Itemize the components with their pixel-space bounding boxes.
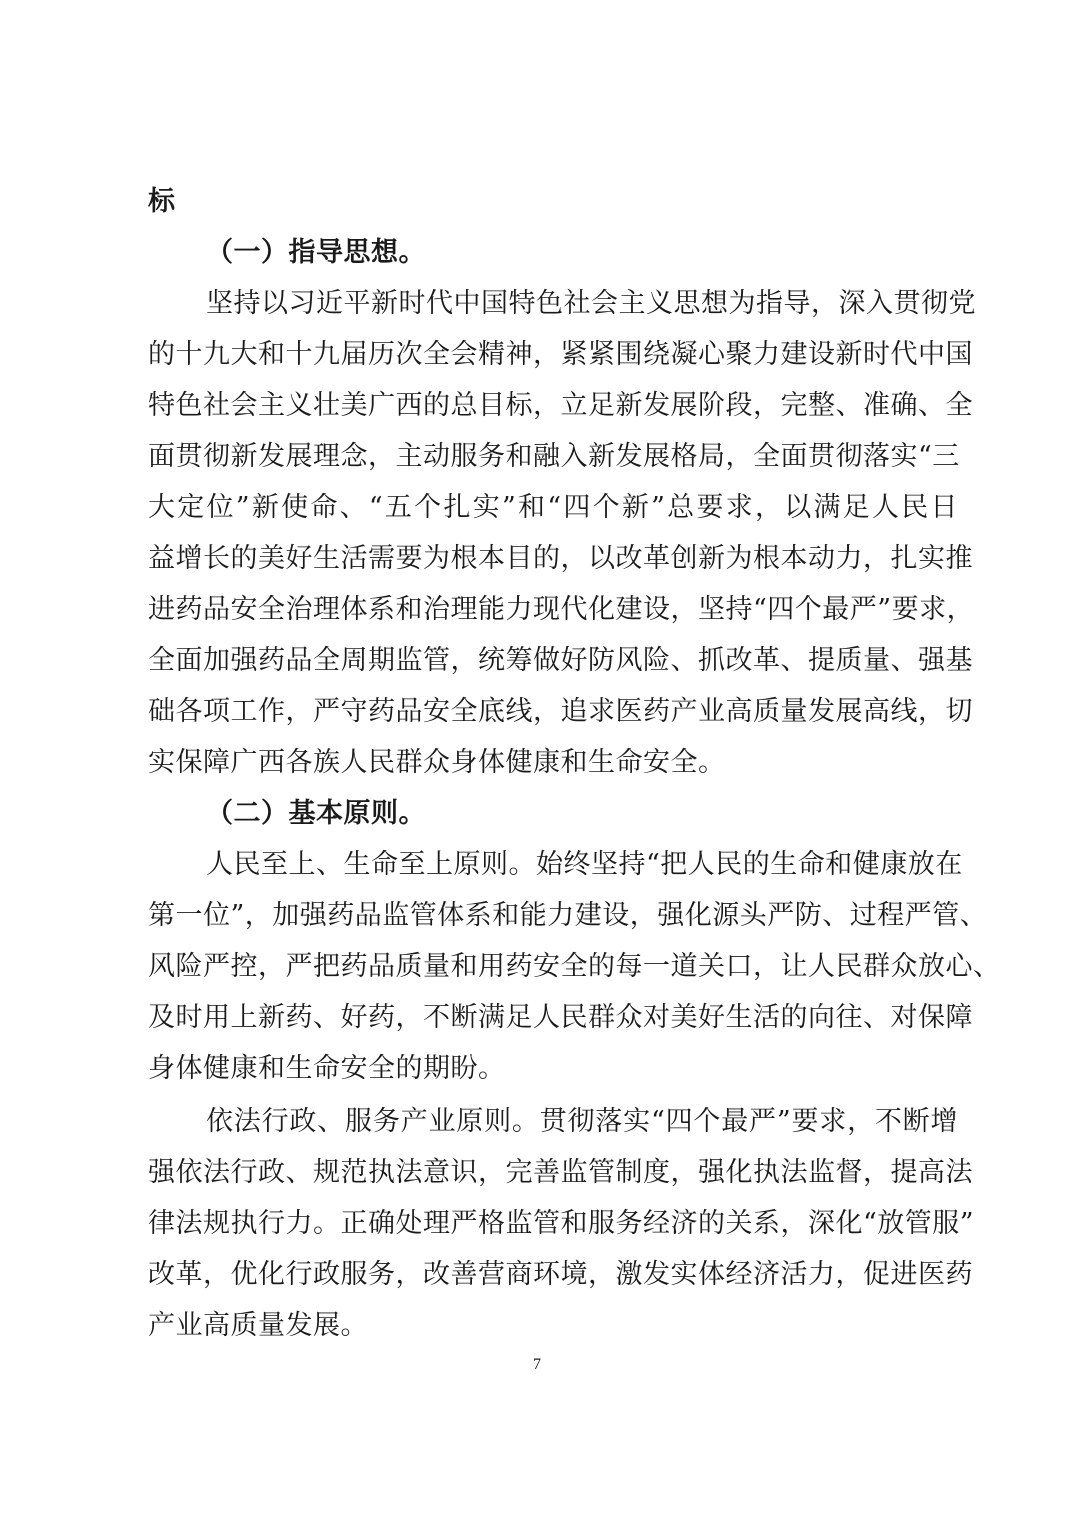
- text-line: 特色社会主义壮美广西的总目标，立足新发展阶段，完整、准确、全: [148, 380, 958, 431]
- text-line: 及时用上新药、好药，不断满足人民群众对美好生活的向往、对保障: [148, 992, 958, 1043]
- text-line: 的十九大和十九届历次全会精神，紧紧围绕凝心聚力建设新时代中国: [148, 329, 958, 380]
- paragraph-law-based-principle: 依法行政、服务产业原则。贯彻落实“四个最严”要求，不断增 强依法行政、规范执法意…: [148, 1096, 958, 1351]
- text-line: 坚持以习近平新时代中国特色社会主义思想为指导，深入贯彻党: [148, 278, 958, 329]
- text-line: 风险严控，严把药品质量和用药安全的每一道关口，让人民群众放心、: [148, 941, 958, 992]
- document-page: 标 （一）指导思想。 坚持以习近平新时代中国特色社会主义思想为指导，深入贯彻党 …: [148, 176, 958, 1351]
- text-line: 人民至上、生命至上原则。始终坚持“把人民的生命和健康放在: [148, 839, 958, 890]
- text-line: 依法行政、服务产业原则。贯彻落实“四个最严”要求，不断增: [148, 1096, 958, 1147]
- text-line: 础各项工作，严守药品安全底线，追求医药产业高质量发展高线，切: [148, 686, 958, 737]
- text-line: 实保障广西各族人民群众身体健康和生命安全。: [148, 737, 958, 788]
- continuation-text: 标: [148, 176, 958, 227]
- paragraph-people-first-principle: 人民至上、生命至上原则。始终坚持“把人民的生命和健康放在 第一位”，加强药品监管…: [148, 839, 958, 1094]
- text-line: 益增长的美好生活需要为根本目的，以改革创新为根本动力，扎实推: [148, 533, 958, 584]
- text-line: 强依法行政、规范执法意识，完善监管制度，强化执法监督，提高法: [148, 1147, 958, 1198]
- section-heading-basic-principles: （二）基本原则。: [148, 788, 958, 839]
- text-line: 律法规执行力。正确处理严格监管和服务经济的关系，深化“放管服”: [148, 1198, 958, 1249]
- text-line: 面贯彻新发展理念，主动服务和融入新发展格局，全面贯彻落实“三: [148, 431, 958, 482]
- page-number: 7: [0, 1356, 1074, 1374]
- text-line: 全面加强药品全周期监管，统筹做好防风险、抓改革、提质量、强基: [148, 635, 958, 686]
- text-line: 产业高质量发展。: [148, 1300, 958, 1351]
- text-line: 第一位”，加强药品监管体系和能力建设，强化源头严防、过程严管、: [148, 890, 958, 941]
- text-line: 进药品安全治理体系和治理能力现代化建设，坚持“四个最严”要求，: [148, 584, 958, 635]
- text-line: 改革，优化行政服务，改善营商环境，激发实体经济活力，促进医药: [148, 1249, 958, 1300]
- text-line: 身体健康和生命安全的期盼。: [148, 1043, 958, 1094]
- text-line: 大定位”新使命、“五个扎实”和“四个新”总要求，以满足人民日: [148, 482, 958, 533]
- paragraph-guiding-ideology: 坚持以习近平新时代中国特色社会主义思想为指导，深入贯彻党 的十九大和十九届历次全…: [148, 278, 958, 788]
- section-heading-guiding-ideology: （一）指导思想。: [148, 227, 958, 278]
